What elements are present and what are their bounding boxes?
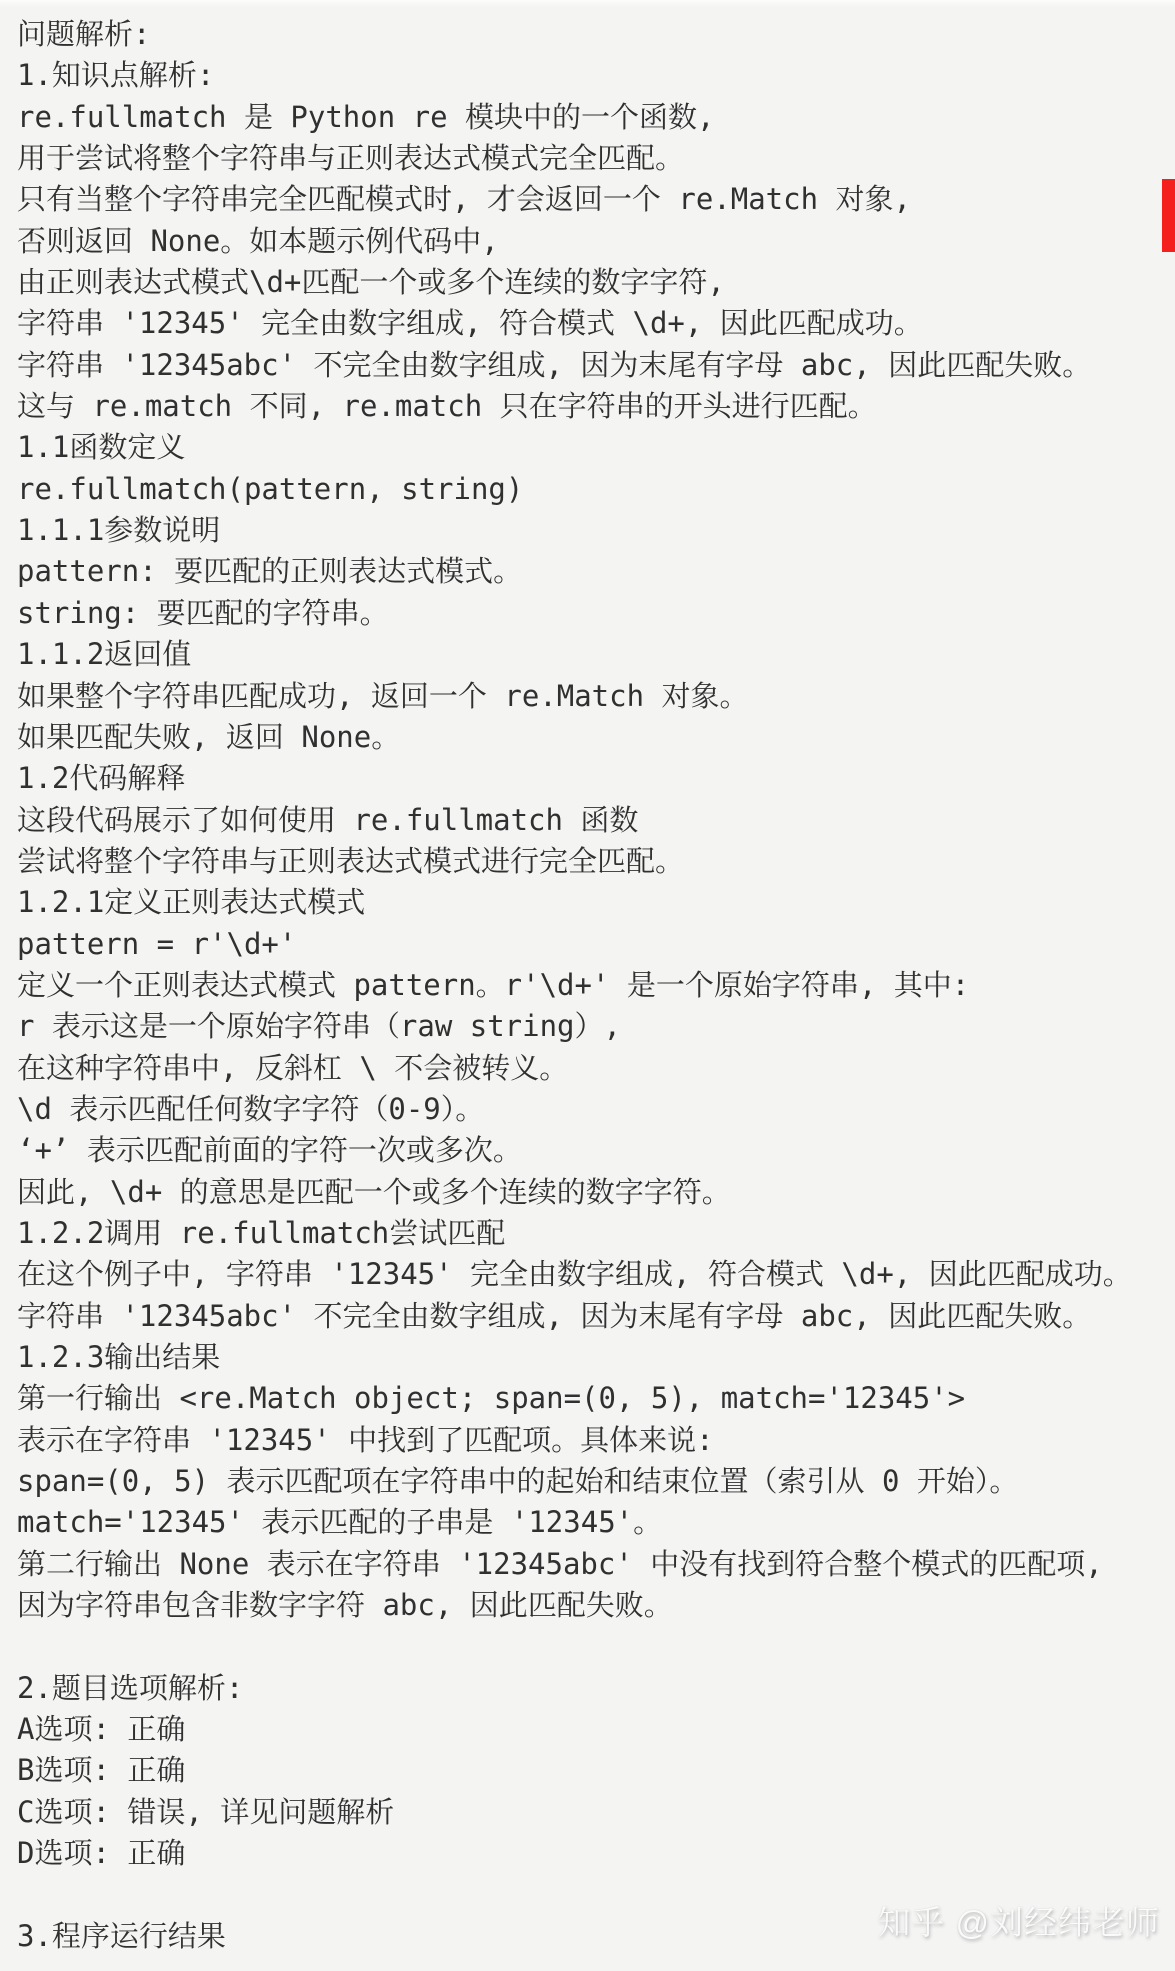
text-line: 在这种字符串中, 反斜杠 \ 不会被转义。 xyxy=(17,1048,1175,1089)
text-line: ‘+’ 表示匹配前面的字符一次或多次。 xyxy=(17,1130,1175,1171)
text-line: string: 要匹配的字符串。 xyxy=(17,593,1175,634)
text-line: 1.2代码解释 xyxy=(17,758,1175,799)
text-line: D选项: 正确 xyxy=(17,1833,1175,1874)
text-line: span=(0, 5) 表示匹配项在字符串中的起始和结束位置（索引从 0 开始）… xyxy=(17,1461,1175,1502)
text-line: A选项: 正确 xyxy=(17,1709,1175,1750)
text-line: 第一行输出 <re.Match object; span=(0, 5), mat… xyxy=(17,1378,1175,1419)
text-line: 只有当整个字符串完全匹配模式时, 才会返回一个 re.Match 对象, xyxy=(17,179,1175,220)
text-line: match='12345' 表示匹配的子串是 '12345'。 xyxy=(17,1502,1175,1543)
text-line: re.fullmatch(pattern, string) xyxy=(17,469,1175,510)
text-line: 在这个例子中, 字符串 '12345' 完全由数字组成, 符合模式 \d+, 因… xyxy=(17,1254,1175,1295)
text-line: 2.题目选项解析: xyxy=(17,1668,1175,1709)
red-highlight-tab xyxy=(1162,179,1175,252)
text-line: 因此, \d+ 的意思是匹配一个或多个连续的数字字符。 xyxy=(17,1172,1175,1213)
text-line: pattern = r'\d+' xyxy=(17,924,1175,965)
text-line: 1.2.2调用 re.fullmatch尝试匹配 xyxy=(17,1213,1175,1254)
text-line: 否则返回 None。如本题示例代码中, xyxy=(17,221,1175,262)
text-line: 因为字符串包含非数字字符 abc, 因此匹配失败。 xyxy=(17,1585,1175,1626)
document-text: 问题解析:1.知识点解析:re.fullmatch 是 Python re 模块… xyxy=(17,0,1175,1957)
text-line: 定义一个正则表达式模式 pattern。r'\d+' 是一个原始字符串, 其中: xyxy=(17,965,1175,1006)
text-line: 用于尝试将整个字符串与正则表达式模式完全匹配。 xyxy=(17,138,1175,179)
text-line: 1.2.3输出结果 xyxy=(17,1337,1175,1378)
document-page: 问题解析:1.知识点解析:re.fullmatch 是 Python re 模块… xyxy=(0,0,1175,1971)
text-line: 这段代码展示了如何使用 re.fullmatch 函数 xyxy=(17,800,1175,841)
text-line: 1.1.2返回值 xyxy=(17,634,1175,675)
text-line: 字符串 '12345abc' 不完全由数字组成, 因为末尾有字母 abc, 因此… xyxy=(17,345,1175,386)
text-line xyxy=(17,1626,1175,1667)
text-line: r 表示这是一个原始字符串（raw string）, xyxy=(17,1006,1175,1047)
text-line: 如果匹配失败, 返回 None。 xyxy=(17,717,1175,758)
text-line: 1.1.1参数说明 xyxy=(17,510,1175,551)
text-line: 第二行输出 None 表示在字符串 '12345abc' 中没有找到符合整个模式… xyxy=(17,1544,1175,1585)
zhihu-watermark: 知乎 @刘经纬老师 xyxy=(877,1897,1160,1944)
text-line: 1.知识点解析: xyxy=(17,55,1175,96)
text-line: 由正则表达式模式\d+匹配一个或多个连续的数字字符, xyxy=(17,262,1175,303)
text-line: 问题解析: xyxy=(17,14,1175,55)
text-line: C选项: 错误, 详见问题解析 xyxy=(17,1792,1175,1833)
text-line: B选项: 正确 xyxy=(17,1750,1175,1791)
text-line: re.fullmatch 是 Python re 模块中的一个函数, xyxy=(17,97,1175,138)
text-line: \d 表示匹配任何数字字符（0-9）。 xyxy=(17,1089,1175,1130)
text-line: 字符串 '12345' 完全由数字组成, 符合模式 \d+, 因此匹配成功。 xyxy=(17,303,1175,344)
text-line: 字符串 '12345abc' 不完全由数字组成, 因为末尾有字母 abc, 因此… xyxy=(17,1296,1175,1337)
text-line: 1.1函数定义 xyxy=(17,427,1175,468)
text-line: 这与 re.match 不同, re.match 只在字符串的开头进行匹配。 xyxy=(17,386,1175,427)
text-line: 1.2.1定义正则表达式模式 xyxy=(17,882,1175,923)
text-line: 如果整个字符串匹配成功, 返回一个 re.Match 对象。 xyxy=(17,676,1175,717)
text-line: 表示在字符串 '12345' 中找到了匹配项。具体来说: xyxy=(17,1420,1175,1461)
text-line: pattern: 要匹配的正则表达式模式。 xyxy=(17,551,1175,592)
text-line: 尝试将整个字符串与正则表达式模式进行完全匹配。 xyxy=(17,841,1175,882)
